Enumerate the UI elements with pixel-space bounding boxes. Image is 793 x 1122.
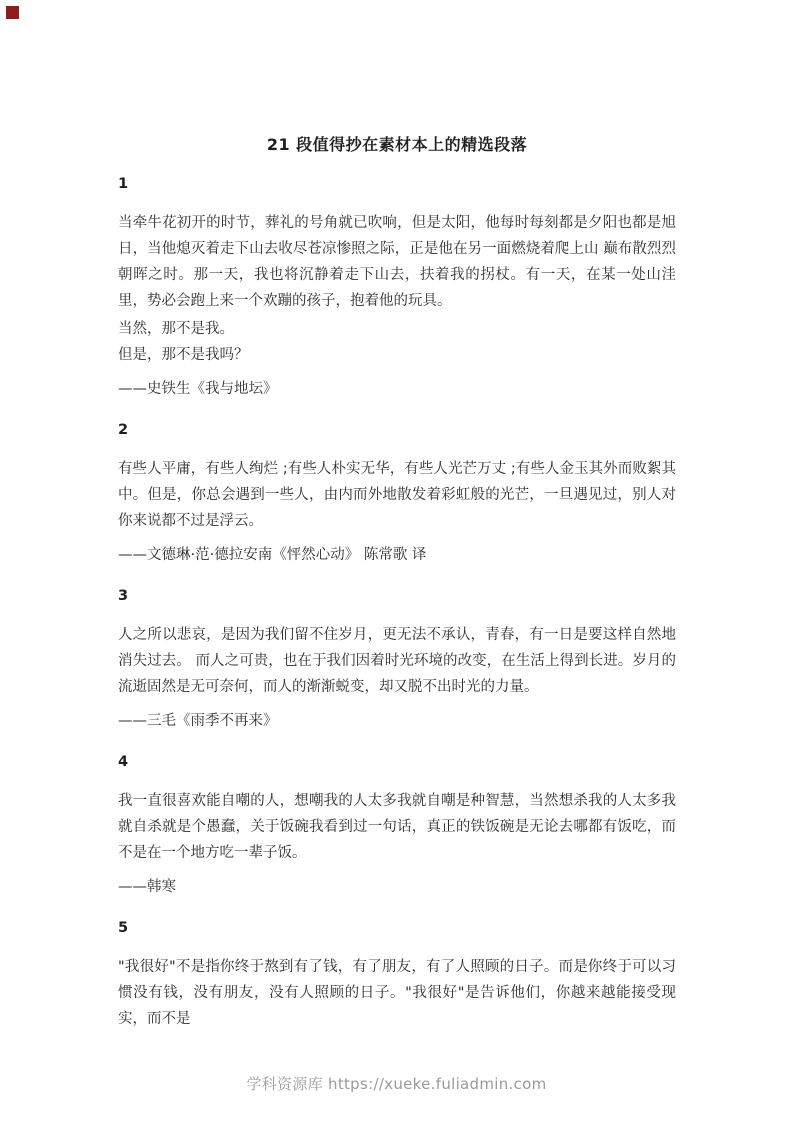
quote-section-4: 4 我一直很喜欢能自嘲的人，想嘲我的人太多我就自嘲是种智慧，当然想杀我的人太多我… bbox=[118, 752, 676, 900]
section-number: 1 bbox=[118, 174, 676, 194]
quote-attribution: ——韩寒 bbox=[118, 874, 676, 900]
quote-section-1: 1 当牵牛花初开的时节，葬礼的号角就已吹响，但是太阳，他每时每刻都是夕阳也都是旭… bbox=[118, 174, 676, 402]
red-corner-marker bbox=[6, 6, 19, 19]
quote-attribution: ——史铁生《我与地坛》 bbox=[118, 376, 676, 402]
document-title: 21 段值得抄在素材本上的精选段落 bbox=[118, 134, 676, 156]
quote-paragraph: 有些人平庸，有些人绚烂 ;有些人朴实无华，有些人光芒万丈 ;有些人金玉其外而败絮… bbox=[118, 456, 676, 534]
quote-paragraph: 当牵牛花初开的时节，葬礼的号角就已吹响，但是太阳，他每时每刻都是夕阳也都是旭日，… bbox=[118, 210, 676, 314]
quote-paragraph: 当然，那不是我。 但是，那不是我吗？ bbox=[118, 316, 676, 368]
quote-section-2: 2 有些人平庸，有些人绚烂 ;有些人朴实无华，有些人光芒万丈 ;有些人金玉其外而… bbox=[118, 420, 676, 568]
quote-attribution: ——三毛《雨季不再来》 bbox=[118, 708, 676, 734]
document-page: 21 段值得抄在素材本上的精选段落 1 当牵牛花初开的时节，葬礼的号角就已吹响，… bbox=[0, 0, 793, 1122]
quote-section-5: 5 "我很好"不是指你终于熬到有了钱，有了朋友，有了人照顾的日子。而是你终于可以… bbox=[118, 918, 676, 1032]
section-number: 3 bbox=[118, 586, 676, 606]
quote-section-3: 3 人之所以悲哀，是因为我们留不住岁月，更无法不承认，青春，有一日是要这样自然地… bbox=[118, 586, 676, 734]
document-content: 21 段值得抄在素材本上的精选段落 1 当牵牛花初开的时节，葬礼的号角就已吹响，… bbox=[118, 134, 676, 1032]
section-number: 5 bbox=[118, 918, 676, 938]
quote-paragraph: 人之所以悲哀，是因为我们留不住岁月，更无法不承认，青春，有一日是要这样自然地消失… bbox=[118, 622, 676, 700]
quote-attribution: ——文德琳·范·德拉安南《怦然心动》 陈常歌 译 bbox=[118, 542, 676, 568]
section-number: 4 bbox=[118, 752, 676, 772]
footer-watermark: 学科资源库 https://xueke.fuliadmin.com bbox=[0, 1074, 793, 1094]
section-number: 2 bbox=[118, 420, 676, 440]
quote-paragraph: 我一直很喜欢能自嘲的人，想嘲我的人太多我就自嘲是种智慧，当然想杀我的人太多我就自… bbox=[118, 788, 676, 866]
quote-paragraph: "我很好"不是指你终于熬到有了钱，有了朋友，有了人照顾的日子。而是你终于可以习惯… bbox=[118, 954, 676, 1032]
